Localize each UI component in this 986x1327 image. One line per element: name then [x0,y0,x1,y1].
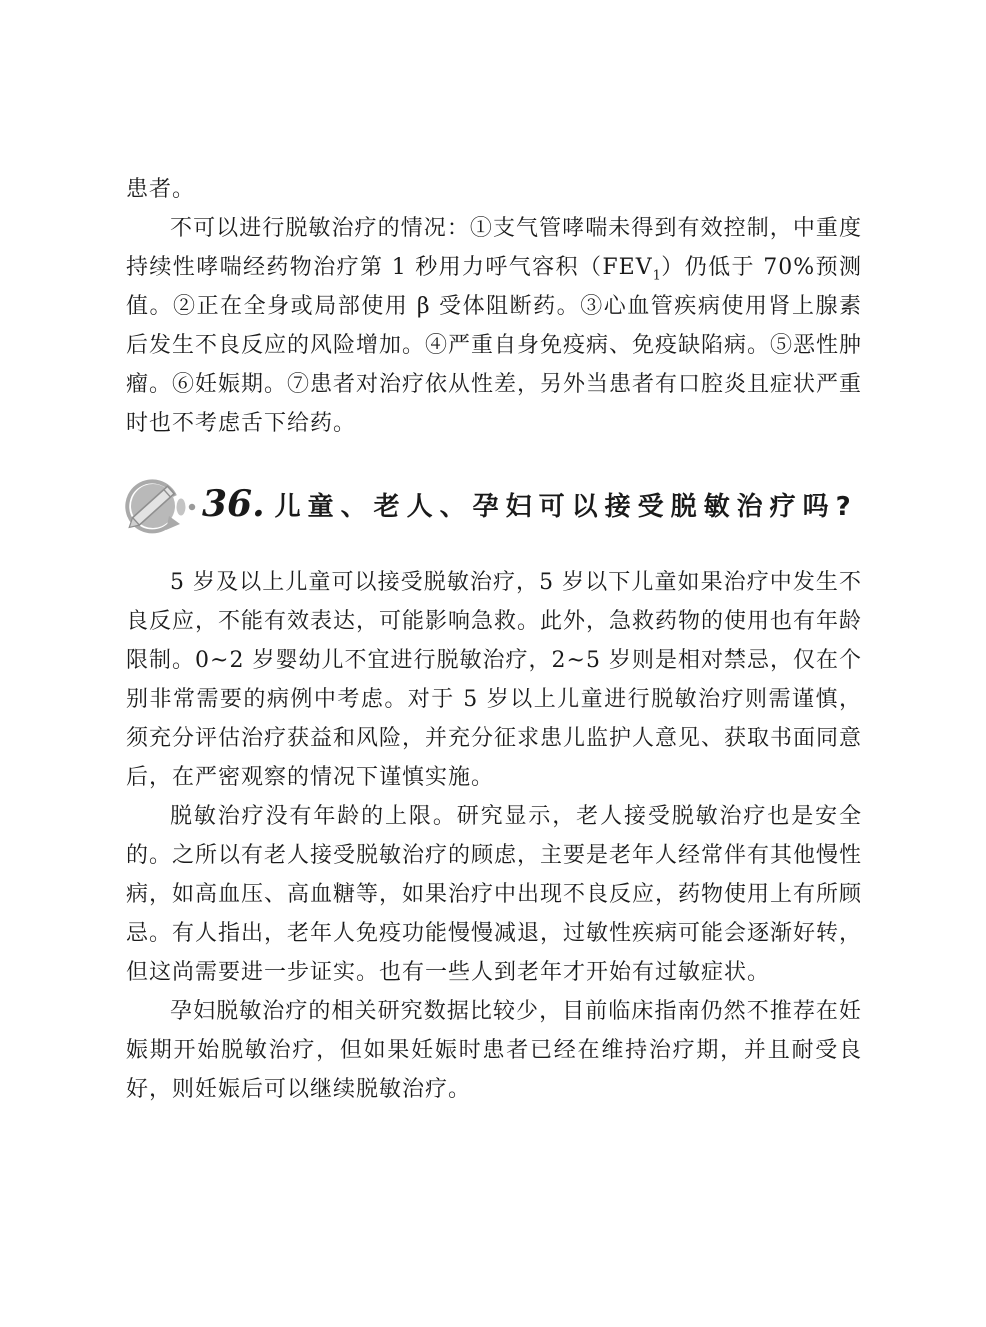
book-page: { "colors": { "background": "#ffffff", "… [0,0,986,1327]
fev-subscript: 1 [653,268,661,283]
section-heading: 36. 儿童、老人、孕妇可以接受脱敏治疗吗? [122,469,862,539]
question-number: 36. [202,483,265,525]
question-title: 儿童、老人、孕妇可以接受脱敏治疗吗? [275,486,858,523]
paragraph-elderly: 脱敏治疗没有年龄的上限。研究显示，老人接受脱敏治疗也是安全的。之所以有老人接受脱… [126,797,862,992]
paragraph-contraindications: 不可以进行脱敏治疗的情况：①支气管哮喘未得到有效控制，中重度持续性哮喘经药物治疗… [126,209,862,443]
page-content: 患者。 不可以进行脱敏治疗的情况：①支气管哮喘未得到有效控制，中重度持续性哮喘经… [126,170,862,1109]
pencil-circle-icon [122,470,200,538]
paragraph-pregnancy: 孕妇脱敏治疗的相关研究数据比较少，目前临床指南仍然不推荐在妊娠期开始脱敏治疗，但… [126,992,862,1109]
contraindications-text-after-fev: ）仍低于 70%预测值。②正在全身或局部使用 β 受体阻断药。③心血管疾病使用肾… [126,255,862,436]
paragraph-continuation: 患者。 [126,170,862,209]
paragraph-children: 5 岁及以上儿童可以接受脱敏治疗，5 岁以下儿童如果治疗中发生不良反应，不能有效… [126,563,862,797]
